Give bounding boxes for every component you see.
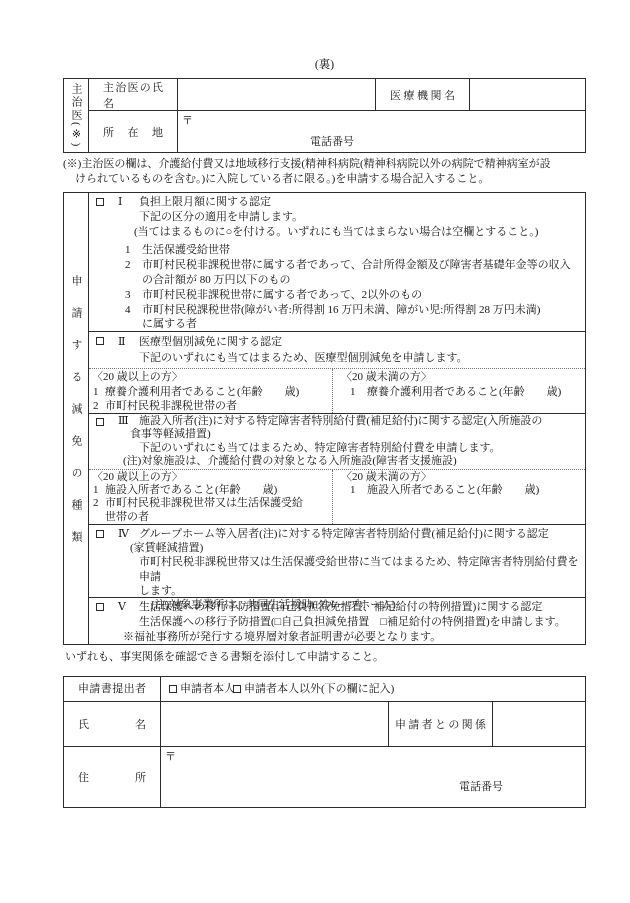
section-1-title-line: Ⅰ 負担上限月額に関する認定 [89, 195, 585, 210]
medical-institution-label: 医療機関名 [375, 79, 469, 110]
form-page-back: (裏) 主治医(※) 主治医の氏名 医療機関名 所在地 〒 電話番号 (※)主治… [0, 0, 630, 903]
section-3-note: (注)対象施設は、介護給付費の対象となる入所施設(障害者支援施設) [89, 455, 585, 468]
section-5-title: 生活保護への移行予防措置(自己負担減免措置、補足給付の特例措置)に関する認定 [139, 601, 542, 613]
section-3: Ⅲ 施設入所者(注)に対する特定障害者特別給付費(補足給付)に関する認定(入所施… [89, 413, 585, 524]
section-1-numeral: Ⅰ [118, 195, 122, 210]
section-3-adult-header: 〈20 歳以上の方〉 [92, 471, 332, 484]
section-2: Ⅱ 医療型個別減免に関する認定 下記のいずれにも当てはまるため、医療型個別減免を… [89, 331, 585, 413]
section-3-header: Ⅲ 施設入所者(注)に対する特定障害者特別給付費(補足給付)に関する認定(入所施… [89, 414, 585, 469]
section-1-item-4-cont: に属する者 [89, 317, 585, 332]
section-4: Ⅳ グループホーム等入居者(注)に対する特定障害者特別給付費(補足給付)に関する… [89, 524, 585, 597]
submitter-options: 申請者本人 申請者本人以外(下の欄に記入) [160, 677, 585, 701]
section-4-checkbox[interactable] [96, 530, 104, 538]
section-1-item-4: 4 市町村民税課税世帯(障がい者:所得割 16 万円未満、障がい児:所得割 28… [89, 303, 585, 318]
section-1-title: 負担上限月額に関する認定 [139, 196, 271, 208]
section-3-adult-column: 〈20 歳以上の方〉 1 施設入所者であること(年齢 歳) 2 市町村民税非課税… [89, 470, 333, 525]
relation-field[interactable] [492, 701, 585, 746]
section-3-desc: 下記のいずれにも当てはまるため、特定障害者特別給付費を申請します。 [89, 442, 585, 455]
section-4-title: グループホーム等入居者(注)に対する特定障害者特別給付費(補足給付)に関する認定 [139, 528, 549, 540]
section-1-checkbox[interactable] [96, 198, 104, 206]
physician-address-label: 所在地 [88, 110, 177, 152]
submitter-address-label: 住所 [64, 746, 160, 807]
section-2-header: Ⅱ 医療型個別減免に関する認定 下記のいずれにも当てはまるため、医療型個別減免を… [89, 332, 585, 368]
section-2-adult-header: 〈20 歳以上の方〉 [92, 370, 332, 384]
section-5-title-line: Ⅴ 生活保護への移行予防措置(自己負担減免措置、補足給付の特例措置)に関する認定 [89, 600, 585, 615]
postal-mark: 〒 [165, 748, 176, 764]
section-1-desc: 下記の区分の適用を申請します。 [89, 210, 585, 225]
section-4-title-cont: (家賃軽減措置) [89, 541, 585, 555]
section-3-adult-item-2: 2 市町村民税非課税世帯又は生活保護受給 [92, 497, 332, 510]
physician-table: 主治医(※) 主治医の氏名 医療機関名 所在地 〒 電話番号 [63, 78, 586, 153]
section-3-title-cont: 食事等軽減措置) [89, 428, 585, 441]
postal-mark: 〒 [182, 112, 193, 128]
section-3-adult-item-1: 1 施設入所者であること(年齢 歳) [92, 484, 332, 497]
attachment-note: いずれも、事実関係を確認できる書類を添付して申請すること。 [65, 648, 384, 664]
physician-note-line1: (※)主治医の欄は、介護給付費又は地域移行支援(精神科病院(精神科病院以外の病院… [63, 157, 551, 172]
section-3-minor-item-1: 1 施設入所者であること(年齢 歳) [341, 484, 585, 497]
section-5: Ⅴ 生活保護への移行予防措置(自己負担減免措置、補足給付の特例措置)に関する認定… [89, 597, 585, 645]
section-1-item-3: 3 市町村民税非課税世帯に属する者であって、2以外のもの [89, 288, 585, 303]
applicant-self-checkbox[interactable] [169, 685, 177, 693]
submitter-address-field[interactable]: 〒 電話番号 [160, 746, 585, 807]
section-1-item-2: 2 市町村民税非課税世帯に属する者であって、合計所得金額及び障害者基礎年金等の収… [89, 258, 585, 273]
exemption-type-table: 申請する減免の種類 Ⅰ 負担上限月額に関する認定 下記の区分の適用を申請します。… [63, 192, 586, 645]
section-2-minor-header: 〈20 歳未満の方〉 [341, 370, 585, 384]
section-2-age-columns: 〈20 歳以上の方〉 1 療養介護利用者であること(年齢 歳) 2 市町村民税非… [89, 368, 585, 413]
exemption-sections: Ⅰ 負担上限月額に関する認定 下記の区分の適用を申請します。 (当てはまるものに… [88, 193, 585, 644]
section-3-numeral: Ⅲ [118, 415, 129, 428]
physician-phone-label: 電話番号 [310, 133, 354, 149]
section-3-minor-column: 〈20 歳未満の方〉 1 施設入所者であること(年齢 歳) [333, 470, 585, 525]
section-5-numeral: Ⅴ [118, 600, 126, 615]
submitter-phone-label: 電話番号 [459, 778, 503, 794]
section-3-age-columns: 〈20 歳以上の方〉 1 施設入所者であること(年齢 歳) 2 市町村民税非課税… [89, 469, 585, 525]
section-2-title: 医療型個別減免に関する認定 [139, 336, 282, 348]
physician-address-field[interactable]: 〒 電話番号 [177, 110, 585, 152]
section-2-title-line: Ⅱ 医療型個別減免に関する認定 [89, 334, 585, 350]
physician-name-field[interactable] [177, 79, 375, 110]
section-5-desc: 生活保護への移行予防措置(□自己負担減免措置 □補足給付の特例措置)を申請します… [89, 615, 585, 630]
physician-note-line2: けられているものを含む。)に入院している者に限る。)を申請する場合記入すること。 [63, 172, 551, 187]
page-side-label: (裏) [63, 56, 586, 72]
section-5-checkbox[interactable] [96, 603, 104, 611]
section-4-desc-line1: 市町村民税非課税世帯又は生活保護受給世帯に当てはまるため、特定障害者特別給付費を… [89, 555, 585, 583]
section-2-minor-column: 〈20 歳未満の方〉 1 療養介護利用者であること(年齢 歳) [333, 369, 585, 413]
section-4-numeral: Ⅳ [118, 527, 129, 541]
physician-vertical-label: 主治医(※) [64, 79, 88, 152]
submitter-row-label: 申請書提出者 [64, 677, 160, 701]
submitter-table: 申請書提出者 申請者本人 申請者本人以外(下の欄に記入) 氏名 申請者との関係 … [63, 676, 586, 808]
section-1: Ⅰ 負担上限月額に関する認定 下記の区分の適用を申請します。 (当てはまるものに… [89, 193, 585, 331]
section-4-desc-line2: します。 [89, 584, 585, 598]
section-1-item-1: 1 生活保護受給世帯 [89, 243, 585, 258]
section-2-numeral: Ⅱ [118, 334, 125, 350]
option-applicant-self: 申請者本人 [169, 683, 235, 695]
submitter-name-label: 氏名 [64, 701, 160, 746]
section-3-title: 施設入所者(注)に対する特定障害者特別給付費(補足給付)に関する認定(入所施設の [139, 415, 542, 427]
exemption-vertical-label: 申請する減免の種類 [64, 193, 88, 644]
relation-label: 申請者との関係 [388, 701, 492, 746]
section-3-minor-header: 〈20 歳未満の方〉 [341, 471, 585, 484]
physician-note: (※)主治医の欄は、介護給付費又は地域移行支援(精神科病院(精神科病院以外の病院… [63, 157, 551, 187]
physician-name-label: 主治医の氏名 [88, 79, 177, 110]
section-3-adult-item-2-cont: 世帯の者 [92, 511, 332, 524]
section-2-minor-item-1: 1 療養介護利用者であること(年齢 歳) [341, 385, 585, 399]
section-2-adult-column: 〈20 歳以上の方〉 1 療養介護利用者であること(年齢 歳) 2 市町村民税非… [89, 369, 333, 413]
section-3-checkbox[interactable] [96, 418, 104, 426]
section-1-note: (当てはまるものに○を付ける。いずれにも当てはまらない場合は空欄とすること。) [89, 225, 585, 240]
section-4-title-line: Ⅳ グループホーム等入居者(注)に対する特定障害者特別給付費(補足給付)に関する… [89, 527, 585, 541]
option-other-than-applicant: 申請者本人以外(下の欄に記入) [233, 677, 394, 701]
section-3-title-line: Ⅲ 施設入所者(注)に対する特定障害者特別給付費(補足給付)に関する認定(入所施… [89, 415, 585, 428]
section-2-desc: 下記のいずれにも当てはまるため、医療型個別減免を申請します。 [89, 350, 585, 366]
medical-institution-field[interactable] [469, 79, 585, 110]
section-2-checkbox[interactable] [96, 337, 104, 345]
section-5-note: ※福祉事務所が発行する境界層対象者証明書が必要となります。 [89, 630, 585, 645]
section-2-adult-item-1: 1 療養介護利用者であること(年齢 歳) [92, 385, 332, 399]
section-1-item-2-cont: の合計額が 80 万円以下のもの [89, 273, 585, 288]
other-than-applicant-checkbox[interactable] [233, 685, 241, 693]
submitter-name-field[interactable] [160, 701, 388, 746]
section-2-adult-item-2: 2 市町村民税非課税世帯の者 [92, 399, 332, 413]
